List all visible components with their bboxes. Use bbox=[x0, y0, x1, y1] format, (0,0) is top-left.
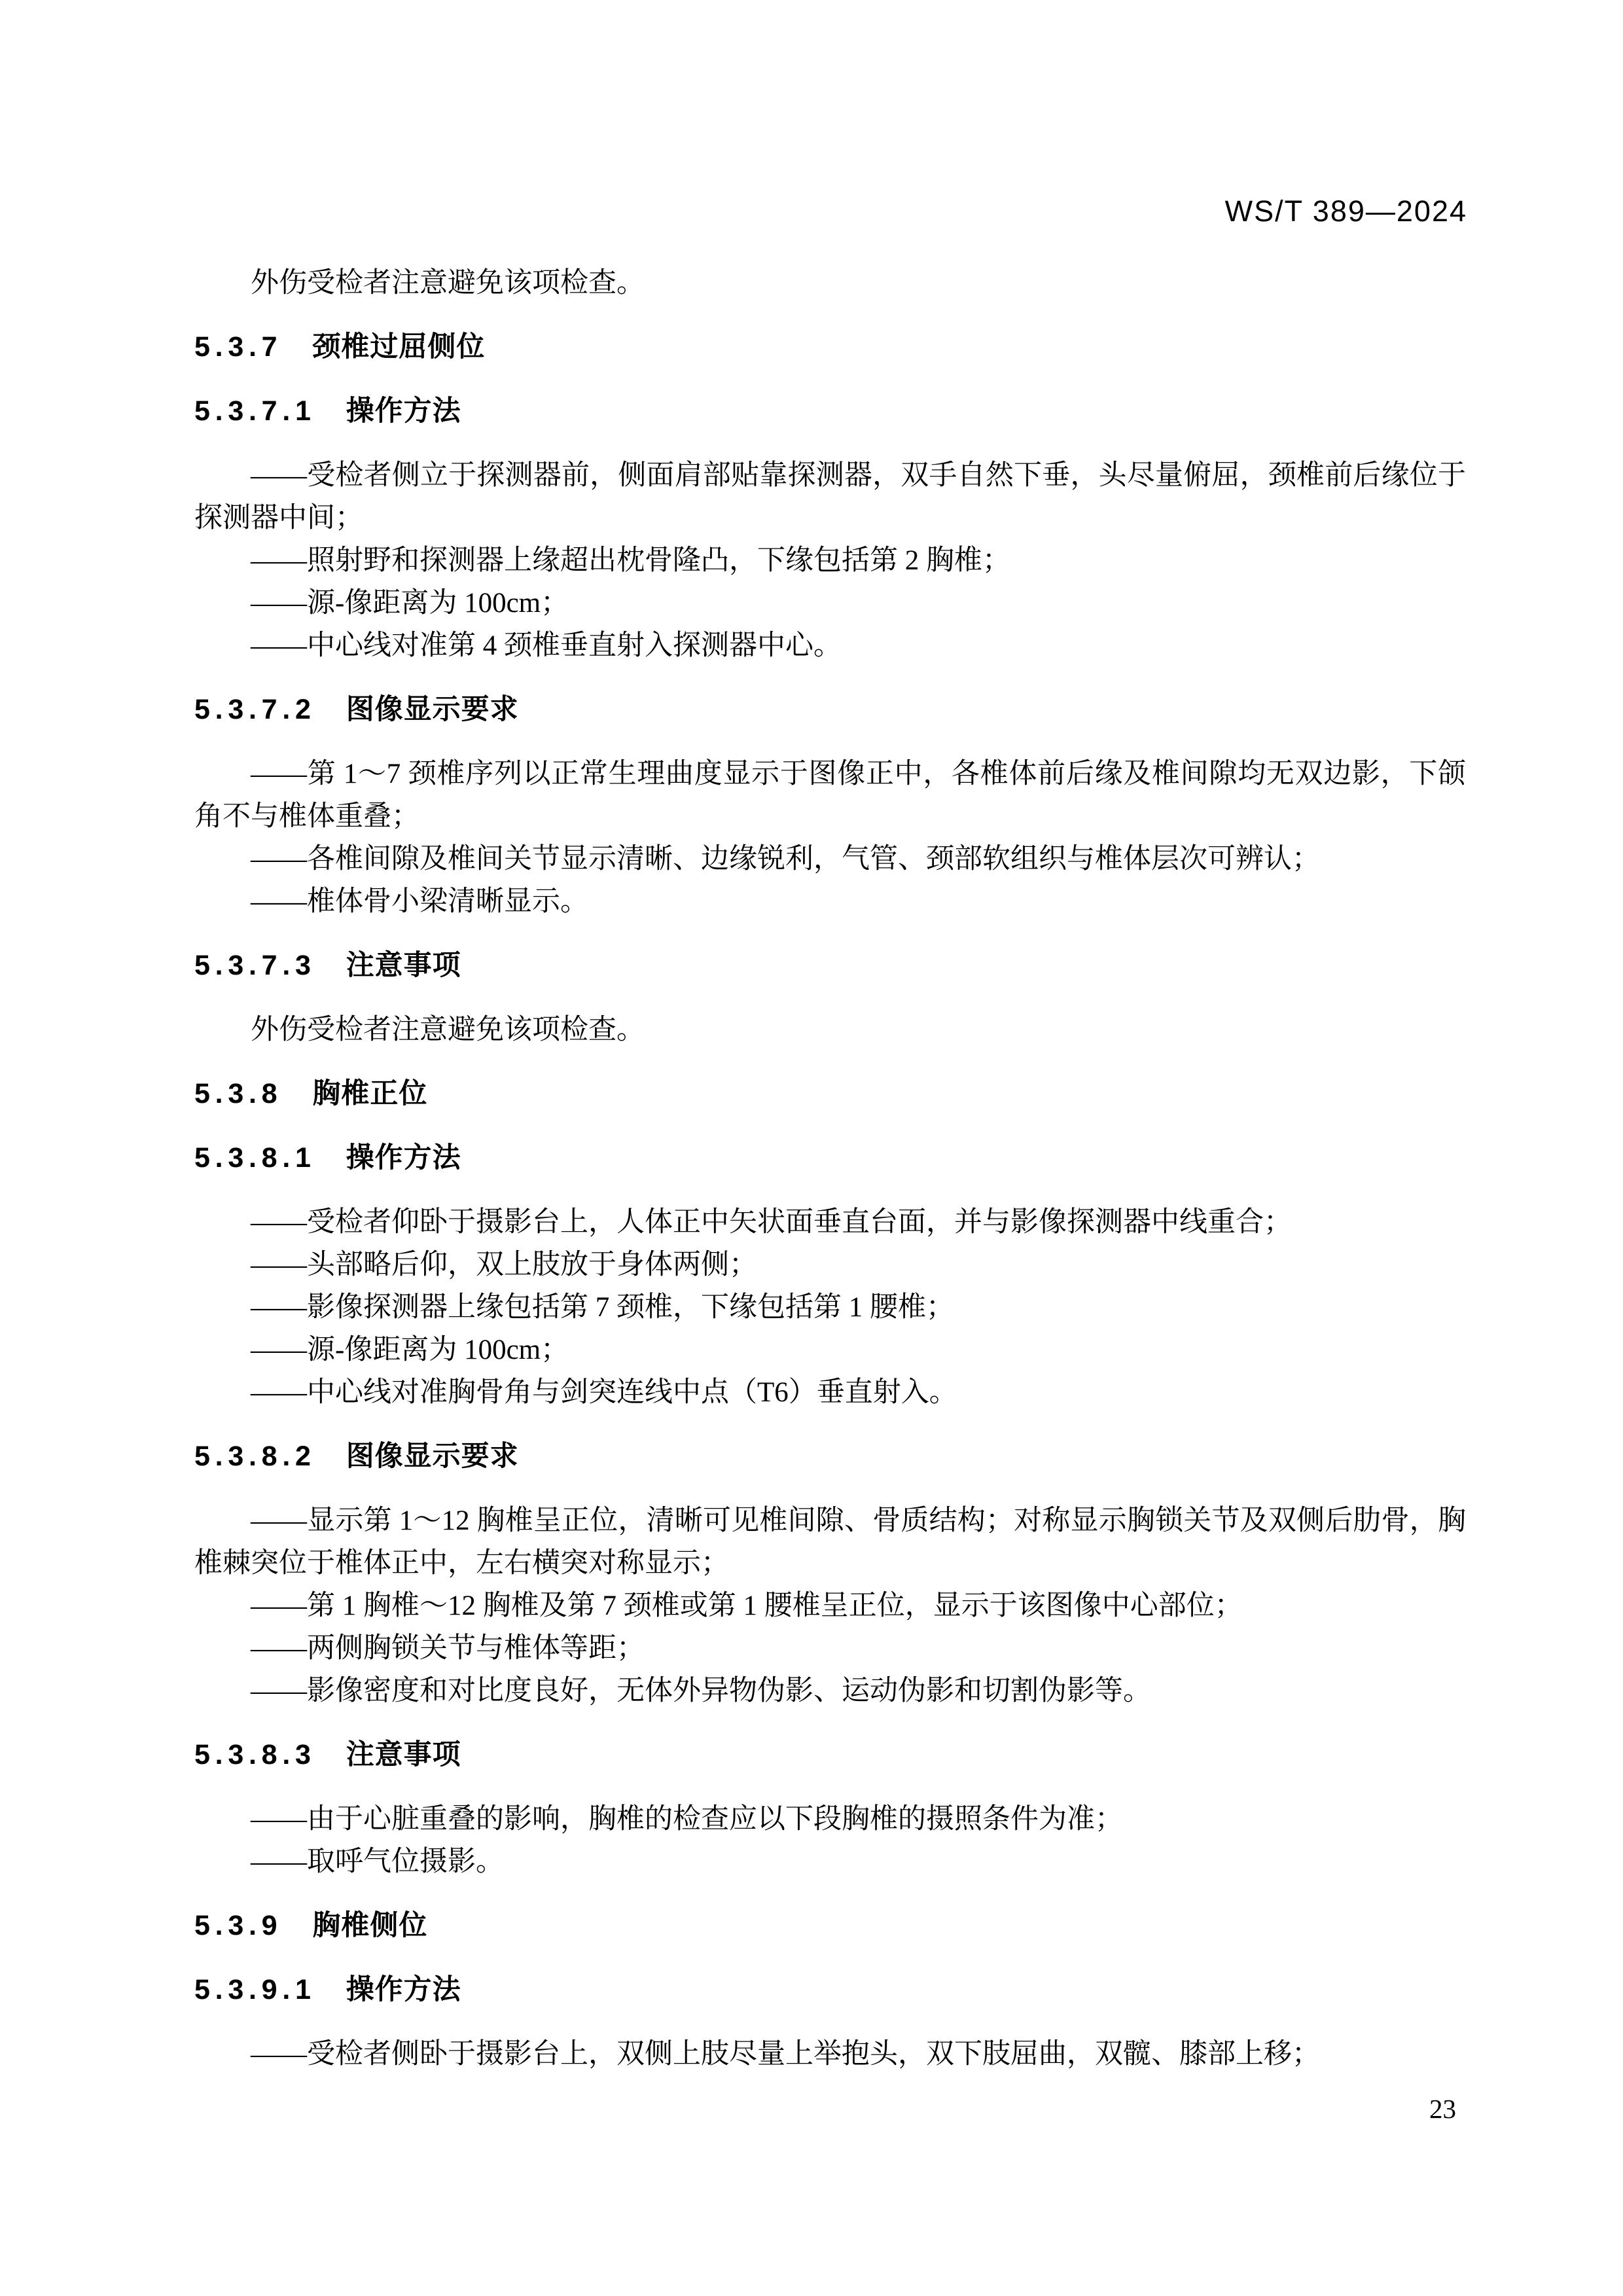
section-heading: 5.3.8.1操作方法 bbox=[194, 1137, 1466, 1179]
list-item-text: 照射野和探测器上缘超出枕骨隆凸，下缘包括第 2 胸椎； bbox=[307, 545, 1010, 576]
list-item-text: 头部略后仰，双上肢放于身体两侧； bbox=[307, 1249, 757, 1280]
list-item-text: 两侧胸锁关节与椎体等距； bbox=[307, 1633, 645, 1664]
dash-list-item: ——中心线对准第 4 颈椎垂直射入探测器中心。 bbox=[194, 624, 1466, 667]
document-content: 外伤受检者注意避免该项检查。5.3.7颈椎过屈侧位5.3.7.1操作方法——受检… bbox=[194, 262, 1466, 2075]
heading-title: 图像显示要求 bbox=[346, 1441, 519, 1472]
dash-list-item: ——影像密度和对比度良好，无体外异物伪影、运动伪影和切割伪影等。 bbox=[194, 1670, 1466, 1712]
heading-number: 5.3.9 bbox=[194, 1910, 282, 1941]
dash-marker: —— bbox=[251, 1377, 307, 1408]
running-header: WS/T 389—2024 bbox=[1225, 195, 1467, 228]
dash-list-item: ——各椎间隙及椎间关节显示清晰、边缘锐利，气管、颈部软组织与椎体层次可辨认； bbox=[194, 838, 1466, 880]
dash-marker: —— bbox=[251, 1590, 307, 1621]
dash-marker: —— bbox=[251, 2039, 307, 2070]
dash-list-item: ——中心线对准胸骨角与剑突连线中点（T6）垂直射入。 bbox=[194, 1371, 1466, 1414]
list-item-text: 源-像距离为 100cm； bbox=[307, 1335, 569, 1365]
dash-list-item: ——第 1～7 颈椎序列以正常生理曲度显示于图像正中，各椎体前后缘及椎间隙均无双… bbox=[194, 753, 1466, 838]
list-item-text: 取呼气位摄影。 bbox=[307, 1846, 504, 1877]
section-heading: 5.3.8.3注意事项 bbox=[194, 1734, 1466, 1776]
list-item-text: 中心线对准第 4 颈椎垂直射入探测器中心。 bbox=[307, 630, 842, 661]
dash-list-item: ——头部略后仰，双上肢放于身体两侧； bbox=[194, 1244, 1466, 1286]
dash-marker: —— bbox=[251, 1633, 307, 1664]
heading-title: 操作方法 bbox=[346, 1974, 461, 2005]
heading-title: 操作方法 bbox=[346, 1142, 461, 1174]
dash-list-item: ——椎体骨小梁清晰显示。 bbox=[194, 880, 1466, 923]
dash-marker: —— bbox=[251, 1207, 307, 1238]
section-heading: 5.3.7.2图像显示要求 bbox=[194, 689, 1466, 731]
dash-marker: —— bbox=[251, 545, 307, 576]
dash-marker: —— bbox=[251, 1846, 307, 1877]
section-heading: 5.3.7.3注意事项 bbox=[194, 944, 1466, 987]
dash-list-item: ——源-像距离为 100cm； bbox=[194, 1329, 1466, 1371]
list-item-text: 受检者侧立于探测器前，侧面肩部贴靠探测器，双手自然下垂，头尽量俯屈，颈椎前后缘位… bbox=[194, 460, 1466, 533]
heading-number: 5.3.8.2 bbox=[194, 1441, 316, 1472]
section-heading: 5.3.9胸椎侧位 bbox=[194, 1905, 1466, 1947]
dash-list-item: ——取呼气位摄影。 bbox=[194, 1840, 1466, 1883]
dash-marker: —— bbox=[251, 1676, 307, 1706]
paragraph-text: 外伤受检者注意避免该项检查。 bbox=[251, 268, 645, 298]
list-item-text: 中心线对准胸骨角与剑突连线中点（T6）垂直射入。 bbox=[307, 1377, 957, 1408]
document-page: WS/T 389—2024 外伤受检者注意避免该项检查。5.3.7颈椎过屈侧位5… bbox=[0, 0, 1623, 2296]
section-heading: 5.3.7.1操作方法 bbox=[194, 390, 1466, 433]
heading-title: 胸椎正位 bbox=[312, 1078, 427, 1109]
paragraph: 外伤受检者注意避免该项检查。 bbox=[194, 262, 1466, 304]
heading-number: 5.3.7.2 bbox=[194, 694, 316, 725]
heading-title: 注意事项 bbox=[346, 1739, 461, 1770]
list-item-text: 受检者仰卧于摄影台上，人体正中矢状面垂直台面，并与影像探测器中线重合； bbox=[307, 1207, 1292, 1238]
dash-marker: —— bbox=[251, 759, 307, 789]
heading-number: 5.3.9.1 bbox=[194, 1974, 316, 2005]
dash-list-item: ——受检者侧立于探测器前，侧面肩部贴靠探测器，双手自然下垂，头尽量俯屈，颈椎前后… bbox=[194, 454, 1466, 539]
dash-list-item: ——两侧胸锁关节与椎体等距； bbox=[194, 1627, 1466, 1670]
section-heading: 5.3.9.1操作方法 bbox=[194, 1969, 1466, 2011]
heading-number: 5.3.8 bbox=[194, 1078, 282, 1109]
dash-marker: —— bbox=[251, 460, 307, 491]
list-item-text: 影像密度和对比度良好，无体外异物伪影、运动伪影和切割伪影等。 bbox=[307, 1676, 1151, 1706]
section-heading: 5.3.8胸椎正位 bbox=[194, 1073, 1466, 1115]
list-item-text: 第 1 胸椎～12 胸椎及第 7 颈椎或第 1 腰椎呈正位，显示于该图像中心部位… bbox=[307, 1590, 1243, 1621]
heading-title: 图像显示要求 bbox=[346, 694, 519, 725]
list-item-text: 椎体骨小梁清晰显示。 bbox=[307, 886, 588, 917]
dash-marker: —— bbox=[251, 630, 307, 661]
dash-list-item: ——源-像距离为 100cm； bbox=[194, 582, 1466, 624]
dash-marker: —— bbox=[251, 886, 307, 917]
page-number: 23 bbox=[1429, 2094, 1456, 2124]
dash-marker: —— bbox=[251, 844, 307, 874]
heading-title: 胸椎侧位 bbox=[312, 1910, 427, 1941]
heading-title: 颈椎过屈侧位 bbox=[312, 331, 485, 363]
page-footer: 23 bbox=[1429, 2093, 1456, 2125]
heading-number: 5.3.8.3 bbox=[194, 1739, 316, 1770]
dash-marker: —— bbox=[251, 1804, 307, 1835]
heading-title: 注意事项 bbox=[346, 950, 461, 981]
standard-number: WS/T 389—2024 bbox=[1225, 194, 1467, 228]
dash-list-item: ——第 1 胸椎～12 胸椎及第 7 颈椎或第 1 腰椎呈正位，显示于该图像中心… bbox=[194, 1585, 1466, 1627]
heading-number: 5.3.7 bbox=[194, 331, 282, 363]
dash-list-item: ——照射野和探测器上缘超出枕骨隆凸，下缘包括第 2 胸椎； bbox=[194, 539, 1466, 582]
list-item-text: 由于心脏重叠的影响，胸椎的检查应以下段胸椎的摄照条件为准； bbox=[307, 1804, 1123, 1835]
section-heading: 5.3.7颈椎过屈侧位 bbox=[194, 326, 1466, 368]
dash-list-item: ——由于心脏重叠的影响，胸椎的检查应以下段胸椎的摄照条件为准； bbox=[194, 1798, 1466, 1840]
list-item-text: 第 1～7 颈椎序列以正常生理曲度显示于图像正中，各椎体前后缘及椎间隙均无双边影… bbox=[194, 759, 1466, 832]
dash-list-item: ——显示第 1～12 胸椎呈正位，清晰可见椎间隙、骨质结构；对称显示胸锁关节及双… bbox=[194, 1499, 1466, 1585]
list-item-text: 影像探测器上缘包括第 7 颈椎，下缘包括第 1 腰椎； bbox=[307, 1292, 954, 1323]
dash-marker: —— bbox=[251, 1292, 307, 1323]
heading-number: 5.3.7.1 bbox=[194, 395, 316, 427]
paragraph: 外伤受检者注意避免该项检查。 bbox=[194, 1009, 1466, 1051]
list-item-text: 源-像距离为 100cm； bbox=[307, 588, 569, 619]
paragraph-text: 外伤受检者注意避免该项检查。 bbox=[251, 1014, 645, 1045]
dash-marker: —— bbox=[251, 1335, 307, 1365]
list-item-text: 受检者侧卧于摄影台上，双侧上肢尽量上举抱头，双下肢屈曲，双髋、膝部上移； bbox=[307, 2039, 1320, 2070]
heading-title: 操作方法 bbox=[346, 395, 461, 427]
heading-number: 5.3.7.3 bbox=[194, 950, 316, 981]
list-item-text: 显示第 1～12 胸椎呈正位，清晰可见椎间隙、骨质结构；对称显示胸锁关节及双侧后… bbox=[194, 1505, 1466, 1579]
dash-marker: —— bbox=[251, 588, 307, 619]
dash-list-item: ——受检者仰卧于摄影台上，人体正中矢状面垂直台面，并与影像探测器中线重合； bbox=[194, 1201, 1466, 1244]
dash-marker: —— bbox=[251, 1505, 307, 1536]
heading-number: 5.3.8.1 bbox=[194, 1142, 316, 1174]
section-heading: 5.3.8.2图像显示要求 bbox=[194, 1435, 1466, 1478]
dash-list-item: ——影像探测器上缘包括第 7 颈椎，下缘包括第 1 腰椎； bbox=[194, 1286, 1466, 1329]
dash-list-item: ——受检者侧卧于摄影台上，双侧上肢尽量上举抱头，双下肢屈曲，双髋、膝部上移； bbox=[194, 2033, 1466, 2075]
list-item-text: 各椎间隙及椎间关节显示清晰、边缘锐利，气管、颈部软组织与椎体层次可辨认； bbox=[307, 844, 1320, 874]
dash-marker: —— bbox=[251, 1249, 307, 1280]
